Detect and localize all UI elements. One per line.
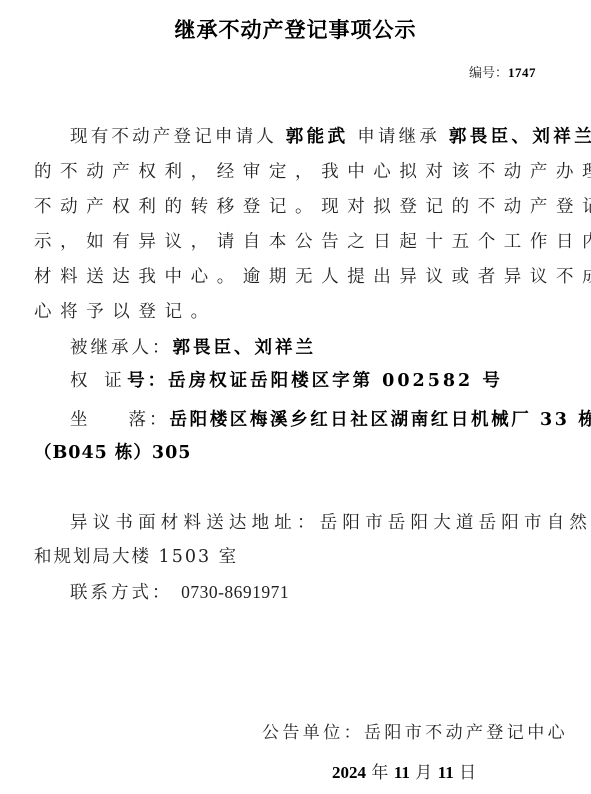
applicant-name: 郭能武	[286, 127, 349, 147]
body-line-1: 现有不动产登记申请人 郭能武 申请继承 郭畏臣、刘祥兰	[70, 126, 591, 148]
issuer-label: 公告单位：	[262, 723, 364, 743]
serial-number: 编号：1747	[469, 62, 536, 81]
cert-value: 岳房权证岳阳楼区字第 002582 号	[168, 371, 503, 391]
body-text: 现有不动产登记申请人	[70, 127, 277, 147]
body-line-4: 示，如有异议，请自本公告之日起十五个工作日内将异议书面	[34, 231, 564, 253]
publish-date: 2024 年 11 月 11 日	[332, 758, 476, 783]
date-year: 2024	[332, 763, 366, 782]
field-certificate: 权 证号：岳房权证岳阳楼区字第 002582 号	[70, 370, 591, 392]
location-value: 岳阳楼区梅溪乡红日社区湖南红日机械厂 33 栋	[170, 410, 591, 430]
location-label-2: 落：	[129, 410, 170, 430]
field-location-cont: （B045 栋）305	[34, 442, 564, 464]
field-decedent: 被继承人：郭畏臣、刘祥兰	[70, 337, 591, 359]
serial-value: 1747	[508, 65, 536, 80]
body-line-5: 材料送达我中心。逾期无人提出异议或者异议不成立的，我中	[34, 266, 564, 288]
body-text: 申请继承	[357, 127, 440, 147]
decedent-value: 郭畏臣、刘祥兰	[173, 338, 317, 358]
date-month: 11	[394, 763, 410, 782]
body-line-3: 不动产权利的转移登记。现对拟登记的不动产登记事项进行公	[34, 196, 564, 218]
contact-phone: 0730-8691971	[181, 582, 289, 602]
date-day-unit: 日	[459, 763, 476, 783]
date-day: 11	[438, 763, 454, 782]
decedent-label: 被继承人：	[70, 338, 173, 358]
issuer: 公告单位：岳阳市不动产登记中心	[262, 718, 568, 743]
decedent-names: 郭畏臣、刘祥兰	[449, 127, 591, 147]
issuer-name: 岳阳市不动产登记中心	[364, 723, 568, 743]
objection-address-2: 和规划局大楼 1503 室	[34, 546, 564, 568]
serial-label: 编号：	[469, 66, 508, 81]
date-year-unit: 年	[371, 763, 388, 783]
contact-label: 联系方式：	[70, 583, 173, 603]
objection-address-1: 异议书面材料送达地址：岳阳市岳阳大道岳阳市自然资源	[70, 512, 591, 534]
location-value-2: （B045 栋）305	[34, 443, 191, 463]
field-location: 坐落：岳阳楼区梅溪乡红日社区湖南红日机械厂 33 栋	[70, 409, 591, 431]
cert-label: 权 证	[70, 371, 127, 391]
date-month-unit: 月	[415, 763, 432, 783]
body-line-6: 心将予以登记。	[34, 301, 564, 323]
body-line-2: 的不动产权利，经审定，我中心拟对该不动产办理因继承取得	[34, 161, 564, 183]
location-label: 坐	[70, 410, 91, 430]
cert-label-bold: 号：	[127, 371, 168, 391]
contact: 联系方式： 0730-8691971	[70, 581, 591, 604]
page-title: 继承不动产登记事项公示	[0, 14, 591, 44]
